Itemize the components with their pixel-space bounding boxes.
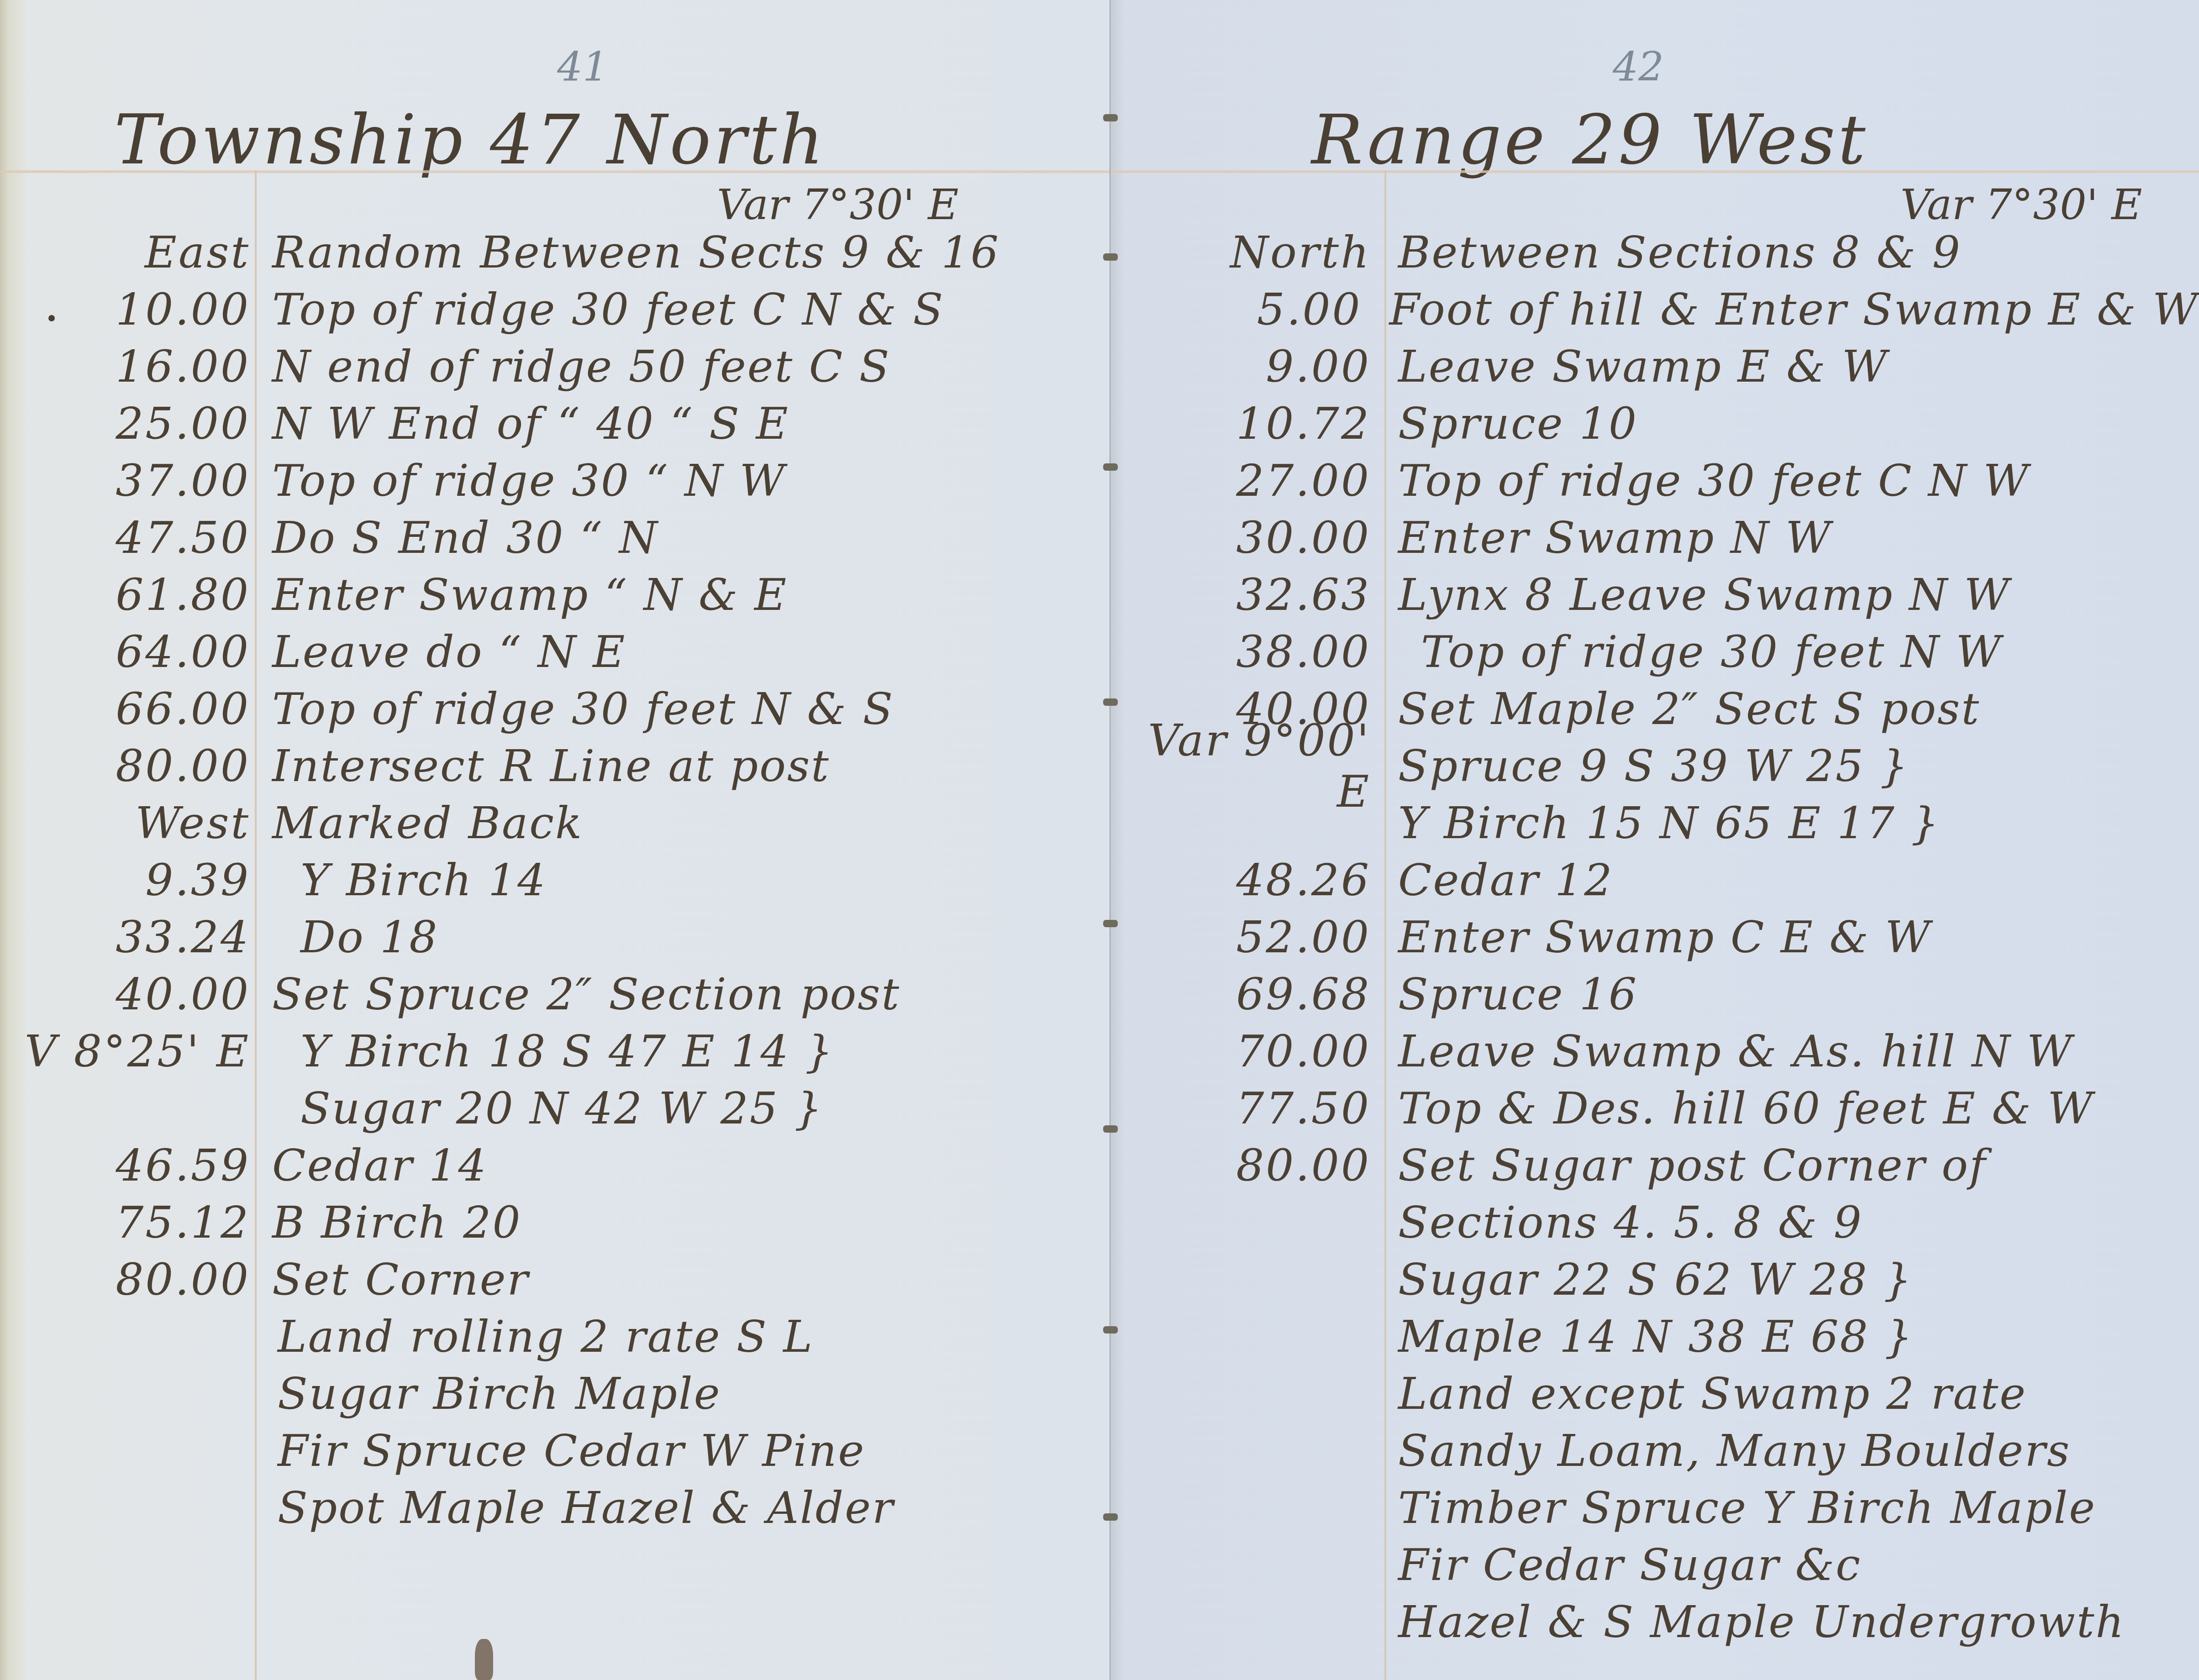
chain-value: 77.50 [1110, 1083, 1371, 1134]
entry-text: Top of ridge 30 feet C N W [1371, 455, 2030, 506]
chain-value: 80.00 [0, 1254, 250, 1305]
chain-value: 46.59 [0, 1140, 250, 1191]
entry-text: Lynx 8 Leave Swamp N W [1371, 569, 2010, 620]
entry-row: EastRandom Between Sects 9 & 16 [0, 224, 1110, 281]
entry-text: Leave Swamp & As. hill N W [1371, 1026, 2073, 1077]
entry-text: Sugar 22 S 62 W 28 } [1371, 1254, 1913, 1305]
entry-text: Enter Swamp C E & W [1371, 912, 1931, 963]
entry-text: Spruce 9 S 39 W 25 } [1371, 740, 1910, 792]
summary-note: Land except Swamp 2 rate [1110, 1365, 2199, 1422]
magnetic-variation: Var 7°30' E [717, 180, 958, 229]
entry-row: 75.12B Birch 20 [0, 1194, 1110, 1251]
entry-text: Top of ridge 30 feet N W [1371, 626, 2002, 677]
chain-value: 33.24 [0, 912, 250, 963]
entry-row: 16.00N end of ridge 50 feet C S [0, 338, 1110, 395]
note-text: Sugar Birch Maple [250, 1368, 721, 1419]
field-entries: NorthBetween Sections 8 & 9 5.00Foot of … [1110, 224, 2199, 1650]
page-number: 41 [557, 43, 608, 90]
entry-text: Spruce 16 [1371, 969, 1638, 1020]
entry-row: WestMarked Back [0, 794, 1110, 851]
binding-stitch [1103, 1125, 1118, 1133]
entry-row: 46.59Cedar 14 [0, 1137, 1110, 1194]
entry-row: 30.00Enter Swamp N W [1110, 509, 2199, 566]
chain-value: North [1110, 227, 1371, 278]
chain-value: 37.00 [0, 455, 250, 506]
note-text: Fir Cedar Sugar &c [1371, 1539, 1862, 1591]
entry-row: 77.50Top & Des. hill 60 feet E & W [1110, 1080, 2199, 1137]
entry-row: 33.24Do 18 [0, 908, 1110, 966]
chain-value: 10.72 [1110, 398, 1371, 449]
entry-text: Set Maple 2″ Sect S post [1371, 683, 1980, 735]
binding-stitch [1103, 1326, 1118, 1333]
entry-text: Marked Back [250, 798, 583, 849]
chain-value: 80.00 [0, 740, 250, 792]
entry-text: Foot of hill & Enter Swamp E & W [1362, 284, 2199, 335]
bearing-tree-row: Sugar 22 S 62 W 28 } [1110, 1251, 2199, 1308]
bearing-tree-row: Var 9°00' ESpruce 9 S 39 W 25 } [1110, 737, 2199, 794]
entry-row: Sections 4. 5. 8 & 9 [1110, 1194, 2199, 1251]
entry-text: Leave do “ N E [250, 626, 626, 677]
entry-text: Sugar 20 N 42 W 25 } [250, 1083, 823, 1134]
page-title: Range 29 West [1311, 100, 1868, 180]
summary-note: Hazel & S Maple Undergrowth [1110, 1593, 2199, 1650]
header-rule [1110, 170, 2199, 173]
summary-note: Fir Cedar Sugar &c [1110, 1536, 2199, 1593]
entry-row: 38.00Top of ridge 30 feet N W [1110, 623, 2199, 680]
entry-text: Intersect R Line at post [250, 740, 830, 792]
chain-value: 69.68 [1110, 969, 1371, 1020]
entry-row: 10.72Spruce 10 [1110, 395, 2199, 452]
chain-value: 25.00 [0, 398, 250, 449]
page-title: Township 47 North [114, 100, 826, 180]
chain-value: 70.00 [1110, 1026, 1371, 1077]
chain-value: 64.00 [0, 626, 250, 677]
entry-text: Do S End 30 “ N [250, 512, 659, 563]
entry-text: Top of ridge 30 “ N W [250, 455, 786, 506]
binding-stitch [1103, 698, 1118, 706]
field-entries: EastRandom Between Sects 9 & 16 10.00Top… [0, 224, 1110, 1536]
note-text: Timber Spruce Y Birch Maple [1371, 1482, 2096, 1533]
chain-value: 27.00 [1110, 455, 1371, 506]
entry-row: 80.00Set Sugar post Corner of [1110, 1137, 2199, 1194]
entry-row: 9.00Leave Swamp E & W [1110, 338, 2199, 395]
entry-text: Top of ridge 30 feet C N & S [250, 284, 944, 335]
chain-value: 30.00 [1110, 512, 1371, 563]
binding-stitch [1103, 1513, 1118, 1521]
page-number: 42 [1613, 43, 1664, 90]
chain-value: 9.39 [0, 855, 250, 906]
chain-value: 47.50 [0, 512, 250, 563]
notebook-spread: 41 Township 47 North Var 7°30' E EastRan… [0, 0, 2199, 1680]
chain-value: 40.00 [0, 969, 250, 1020]
chain-value: 52.00 [1110, 912, 1371, 963]
entry-row: 40.00Set Spruce 2″ Section post [0, 966, 1110, 1023]
note-text: Hazel & S Maple Undergrowth [1371, 1596, 2125, 1648]
entry-text: N end of ridge 50 feet C S [250, 341, 890, 392]
entry-row: 52.00Enter Swamp C E & W [1110, 908, 2199, 966]
chain-value: 5.00 [1110, 284, 1362, 335]
binding-stitch [1103, 253, 1118, 261]
entry-text: Between Sections 8 & 9 [1371, 227, 1962, 278]
chain-value: 32.63 [1110, 569, 1371, 620]
entry-text: Random Between Sects 9 & 16 [250, 227, 1000, 278]
entry-text: Top & Des. hill 60 feet E & W [1371, 1083, 2094, 1134]
summary-note: Sugar Birch Maple [0, 1365, 1110, 1422]
bearing-tree-row: Maple 14 N 38 E 68 } [1110, 1308, 2199, 1365]
entry-row: 70.00Leave Swamp & As. hill N W [1110, 1023, 2199, 1080]
entry-text: B Birch 20 [250, 1197, 521, 1248]
summary-note: Land rolling 2 rate S L [0, 1308, 1110, 1365]
chain-value: West [0, 798, 250, 849]
entry-row: 47.50Do S End 30 “ N [0, 509, 1110, 566]
variation-note: V 8°25' E [0, 1026, 250, 1077]
binding-stitch [1103, 114, 1118, 121]
chain-value: 80.00 [1110, 1140, 1371, 1191]
note-text: Land except Swamp 2 rate [1371, 1368, 2027, 1419]
entry-text: Top of ridge 30 feet N & S [250, 683, 894, 735]
entry-text: N W End of “ 40 “ S E [250, 398, 789, 449]
entry-row: 5.00Foot of hill & Enter Swamp E & W [1110, 281, 2199, 338]
chain-value: 38.00 [1110, 626, 1371, 677]
entry-text: Y Birch 14 [250, 855, 547, 906]
note-text: Fir Spruce Cedar W Pine [250, 1425, 865, 1476]
note-text: Spot Maple Hazel & Alder [250, 1482, 894, 1533]
note-text: Sandy Loam, Many Boulders [1371, 1425, 2071, 1476]
entry-text: Do 18 [250, 912, 438, 963]
entry-row: 25.00N W End of “ 40 “ S E [0, 395, 1110, 452]
entry-row: 48.26Cedar 12 [1110, 851, 2199, 908]
entry-text: Cedar 12 [1371, 855, 1614, 906]
entry-row: NorthBetween Sections 8 & 9 [1110, 224, 2199, 281]
entry-row: 64.00Leave do “ N E [0, 623, 1110, 680]
ink-blot [475, 1639, 493, 1680]
binding-stitch [1103, 463, 1118, 471]
entry-text: Enter Swamp “ N & E [250, 569, 788, 620]
summary-note: Spot Maple Hazel & Alder [0, 1479, 1110, 1536]
entry-text: Set Spruce 2″ Section post [250, 969, 900, 1020]
chain-value: 75.12 [0, 1197, 250, 1248]
chain-value: 48.26 [1110, 855, 1371, 906]
right-page: 42 Range 29 West Var 7°30' E NorthBetwee… [1110, 0, 2199, 1680]
header-rule [0, 170, 1110, 173]
entry-row: 10.00Top of ridge 30 feet C N & S [0, 281, 1110, 338]
entry-text: Enter Swamp N W [1371, 512, 1832, 563]
left-page: 41 Township 47 North Var 7°30' E EastRan… [0, 0, 1110, 1680]
entry-row: 37.00Top of ridge 30 “ N W [0, 452, 1110, 509]
entry-row: 27.00Top of ridge 30 feet C N W [1110, 452, 2199, 509]
entry-row: 32.63Lynx 8 Leave Swamp N W [1110, 566, 2199, 623]
bearing-tree-row: Sugar 20 N 42 W 25 } [0, 1080, 1110, 1137]
bearing-tree-row: Y Birch 15 N 65 E 17 } [1110, 794, 2199, 851]
chain-value: 66.00 [0, 683, 250, 735]
entry-text: Set Sugar post Corner of [1371, 1140, 1987, 1191]
entry-text: Spruce 10 [1371, 398, 1638, 449]
entry-row: 9.39Y Birch 14 [0, 851, 1110, 908]
chain-value: East [0, 227, 250, 278]
entry-row: 69.68Spruce 16 [1110, 966, 2199, 1023]
summary-note: Timber Spruce Y Birch Maple [1110, 1479, 2199, 1536]
chain-value: 10.00 [0, 284, 250, 335]
entry-row: 61.80Enter Swamp “ N & E [0, 566, 1110, 623]
entry-text: Sections 4. 5. 8 & 9 [1371, 1197, 1863, 1248]
entry-text: Cedar 14 [250, 1140, 488, 1191]
entry-row: 80.00Set Corner [0, 1251, 1110, 1308]
entry-text: Set Corner [250, 1254, 529, 1305]
entry-row: 80.00Intersect R Line at post [0, 737, 1110, 794]
entry-text: Y Birch 15 N 65 E 17 } [1371, 798, 1940, 849]
summary-note: Sandy Loam, Many Boulders [1110, 1422, 2199, 1479]
magnetic-variation: Var 7°30' E [1900, 180, 2142, 229]
binding-stitch [1103, 920, 1118, 927]
bearing-tree-row: V 8°25' EY Birch 18 S 47 E 14 } [0, 1023, 1110, 1080]
summary-note: Fir Spruce Cedar W Pine [0, 1422, 1110, 1479]
entry-text: Y Birch 18 S 47 E 14 } [250, 1026, 834, 1077]
chain-value: 61.80 [0, 569, 250, 620]
entry-text: Leave Swamp E & W [1371, 341, 1889, 392]
chain-value: 9.00 [1110, 341, 1371, 392]
note-text: Land rolling 2 rate S L [250, 1311, 814, 1362]
entry-row: 66.00Top of ridge 30 feet N & S [0, 680, 1110, 737]
entry-text: Maple 14 N 38 E 68 } [1371, 1311, 1914, 1362]
chain-value: 16.00 [0, 341, 250, 392]
